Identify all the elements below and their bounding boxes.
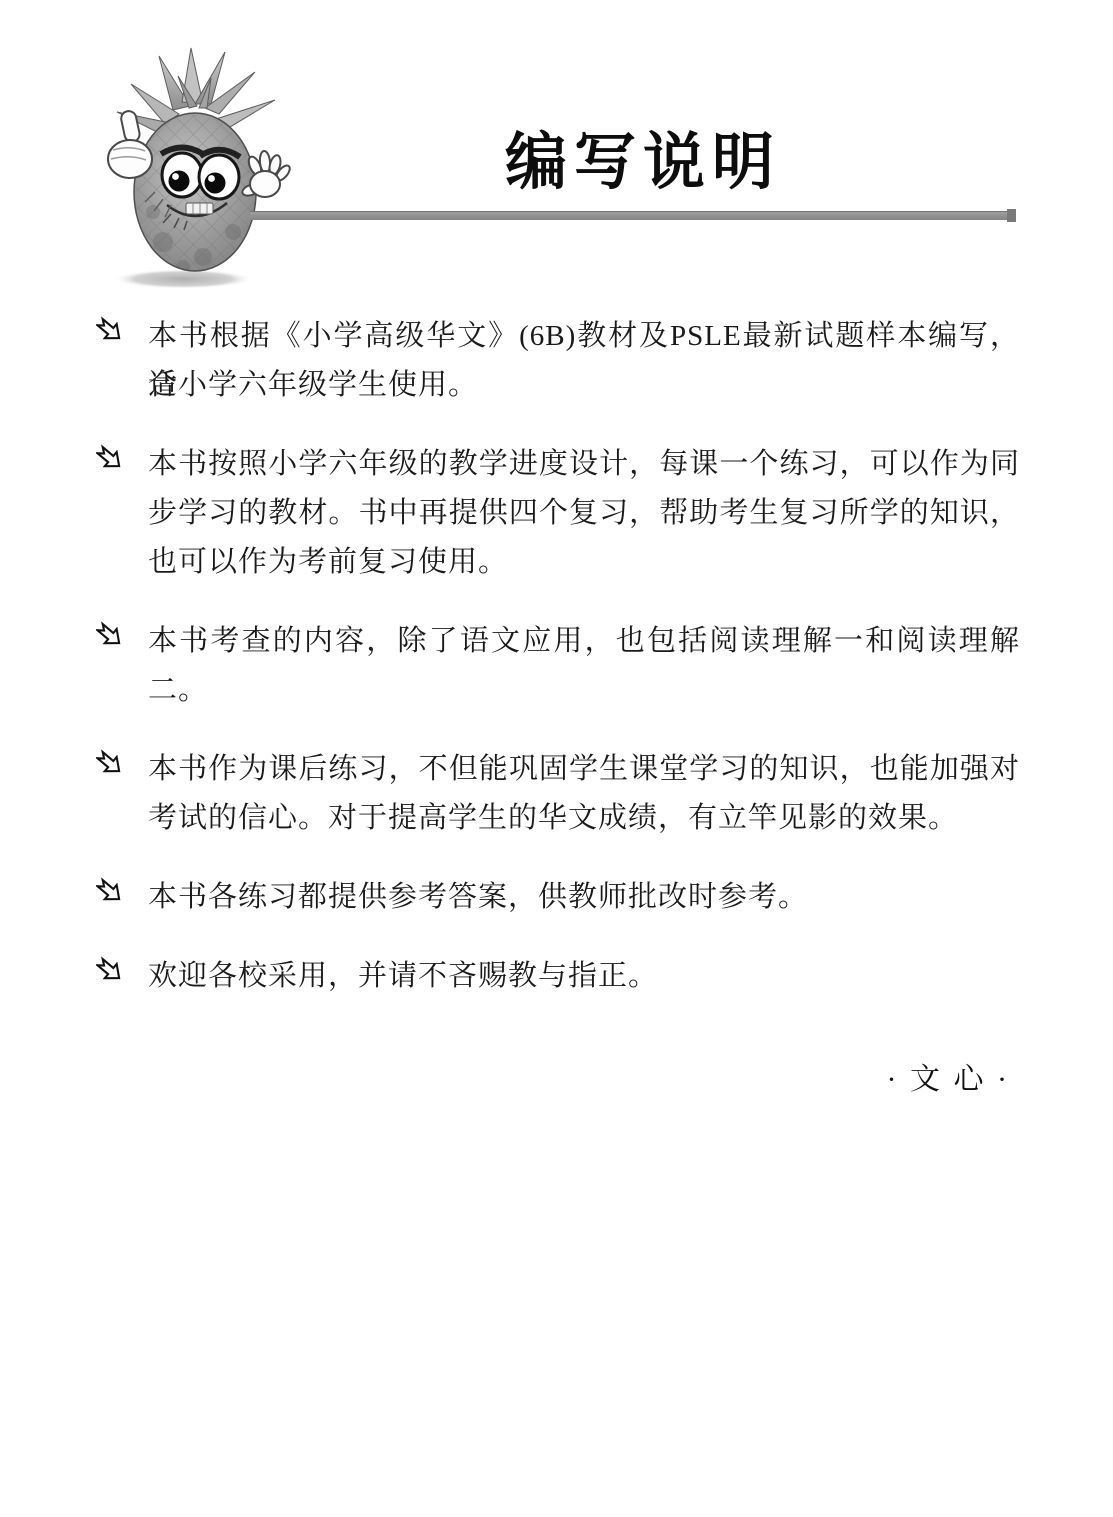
- paragraph-line: 本书根据《小学高级华文》(6B)教材及PSLE最新试题样本编写，适: [148, 312, 1020, 361]
- list-item: 本书考查的内容，除了语文应用，也包括阅读理解一和阅读理解 二。: [96, 617, 1020, 715]
- paragraph-line: 本书作为课后练习，不但能巩固学生课堂学习的知识，也能加强对: [148, 745, 1020, 794]
- paragraph-line: 欢迎各校采用，并请不吝赐教与指正。: [148, 952, 1020, 1001]
- list-item: 本书按照小学六年级的教学进度设计，每课一个练习，可以作为同 步学习的教材。书中再…: [96, 440, 1020, 587]
- preface-body: 本书根据《小学高级华文》(6B)教材及PSLE最新试题样本编写，适 合小学六年级…: [0, 0, 1113, 1104]
- paragraph-line: 二。: [148, 666, 1020, 715]
- ribbon-arrow-icon: [96, 748, 126, 781]
- preface-page: 编写说明 本书根据《小学高级华文》(6B)教材及PSLE最新试题样本编写，适 合…: [0, 0, 1113, 1517]
- paragraph-line: 本书按照小学六年级的教学进度设计，每课一个练习，可以作为同: [148, 440, 1020, 489]
- ribbon-arrow-icon: [96, 443, 126, 476]
- ribbon-arrow-icon: [96, 876, 126, 909]
- ribbon-arrow-icon: [96, 620, 126, 653]
- ribbon-arrow-icon: [96, 955, 126, 988]
- list-item: 本书作为课后练习，不但能巩固学生课堂学习的知识，也能加强对 考试的信心。对于提高…: [96, 745, 1020, 843]
- paragraph-line: 本书考查的内容，除了语文应用，也包括阅读理解一和阅读理解: [148, 617, 1020, 666]
- author-signature: · 文 心 ·: [96, 1055, 1020, 1104]
- ribbon-arrow-icon: [96, 315, 126, 348]
- paragraph-line: 也可以作为考前复习使用。: [148, 538, 1020, 587]
- paragraph-line: 考试的信心。对于提高学生的华文成绩，有立竿见影的效果。: [148, 794, 1020, 843]
- paragraph-line: 步学习的教材。书中再提供四个复习，帮助考生复习所学的知识，: [148, 489, 1020, 538]
- paragraph-line: 合小学六年级学生使用。: [148, 361, 1020, 410]
- paragraph-line: 本书各练习都提供参考答案，供教师批改时参考。: [148, 873, 1020, 922]
- list-item: 本书根据《小学高级华文》(6B)教材及PSLE最新试题样本编写，适 合小学六年级…: [96, 312, 1020, 410]
- list-item: 本书各练习都提供参考答案，供教师批改时参考。: [96, 873, 1020, 922]
- list-item: 欢迎各校采用，并请不吝赐教与指正。: [96, 952, 1020, 1001]
